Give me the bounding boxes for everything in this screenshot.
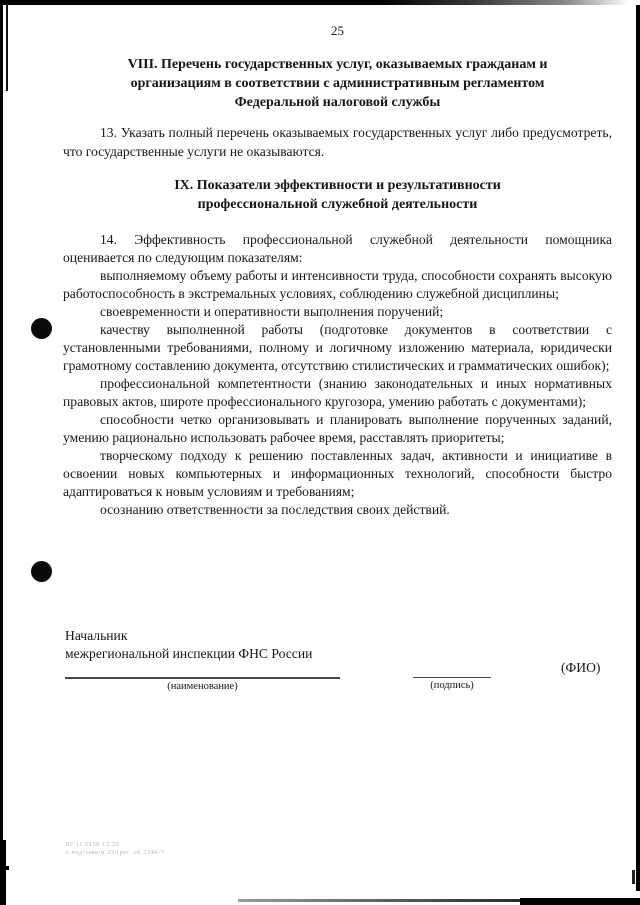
scan-edge-right <box>636 5 640 891</box>
criterion-item: творческому подходу к решению поставленн… <box>63 447 612 501</box>
scan-edge-left-notch <box>0 866 9 870</box>
signature-fio-label: (ФИО) <box>561 660 600 676</box>
signature-position-line2: межрегиональной инспекции ФНС России <box>65 646 312 662</box>
signature-name-caption: (наименование) <box>65 681 340 692</box>
signature-sign-caption: (подпись) <box>405 680 499 691</box>
criterion-item: выполняемому объему работы и интенсивнос… <box>63 267 612 303</box>
scan-edge-left <box>0 0 3 905</box>
signature-position-line1: Начальник <box>65 628 127 644</box>
scan-edge-left-bottom <box>0 840 6 905</box>
section-ix-heading: IX. Показатели эффективности и результат… <box>63 176 612 214</box>
criterion-item: качеству выполненной работы (подготовке … <box>63 321 612 375</box>
document-page: 25 VIII. Перечень государственных услуг,… <box>63 0 612 519</box>
scan-edge-right-mark <box>632 870 635 884</box>
scan-edge-left-top <box>6 3 8 91</box>
signature-sign-underline <box>413 664 491 678</box>
section-viii-heading: VIII. Перечень государственных услуг, ок… <box>63 55 612 112</box>
paragraph-13: 13. Указать полный перечень оказываемых … <box>63 124 612 162</box>
scan-edge-bottom-black <box>520 898 640 905</box>
punch-hole-icon <box>31 561 52 582</box>
criterion-item: способности четко организовывать и плани… <box>63 411 612 447</box>
criterion-item: профессиональной компетентности (знанию … <box>63 375 612 411</box>
criterion-item: осознанию ответственности за последствия… <box>63 501 612 519</box>
page-number: 25 <box>63 23 612 39</box>
punch-hole-icon <box>31 318 52 339</box>
criterion-item: своевременности и оперативности выполнен… <box>63 303 612 321</box>
footer-faint-line2: с под/заяв/и 25/(рег. об 2346-7 <box>66 849 164 857</box>
signature-name-underline <box>65 663 340 679</box>
footer-faint-line1: 07 11 5156 12 20 <box>66 841 164 849</box>
footer-faint-note: 07 11 5156 12 20 с под/заяв/и 25/(рег. о… <box>66 841 164 857</box>
paragraph-14-intro: 14. Эффективность профессиональной служе… <box>63 231 612 267</box>
